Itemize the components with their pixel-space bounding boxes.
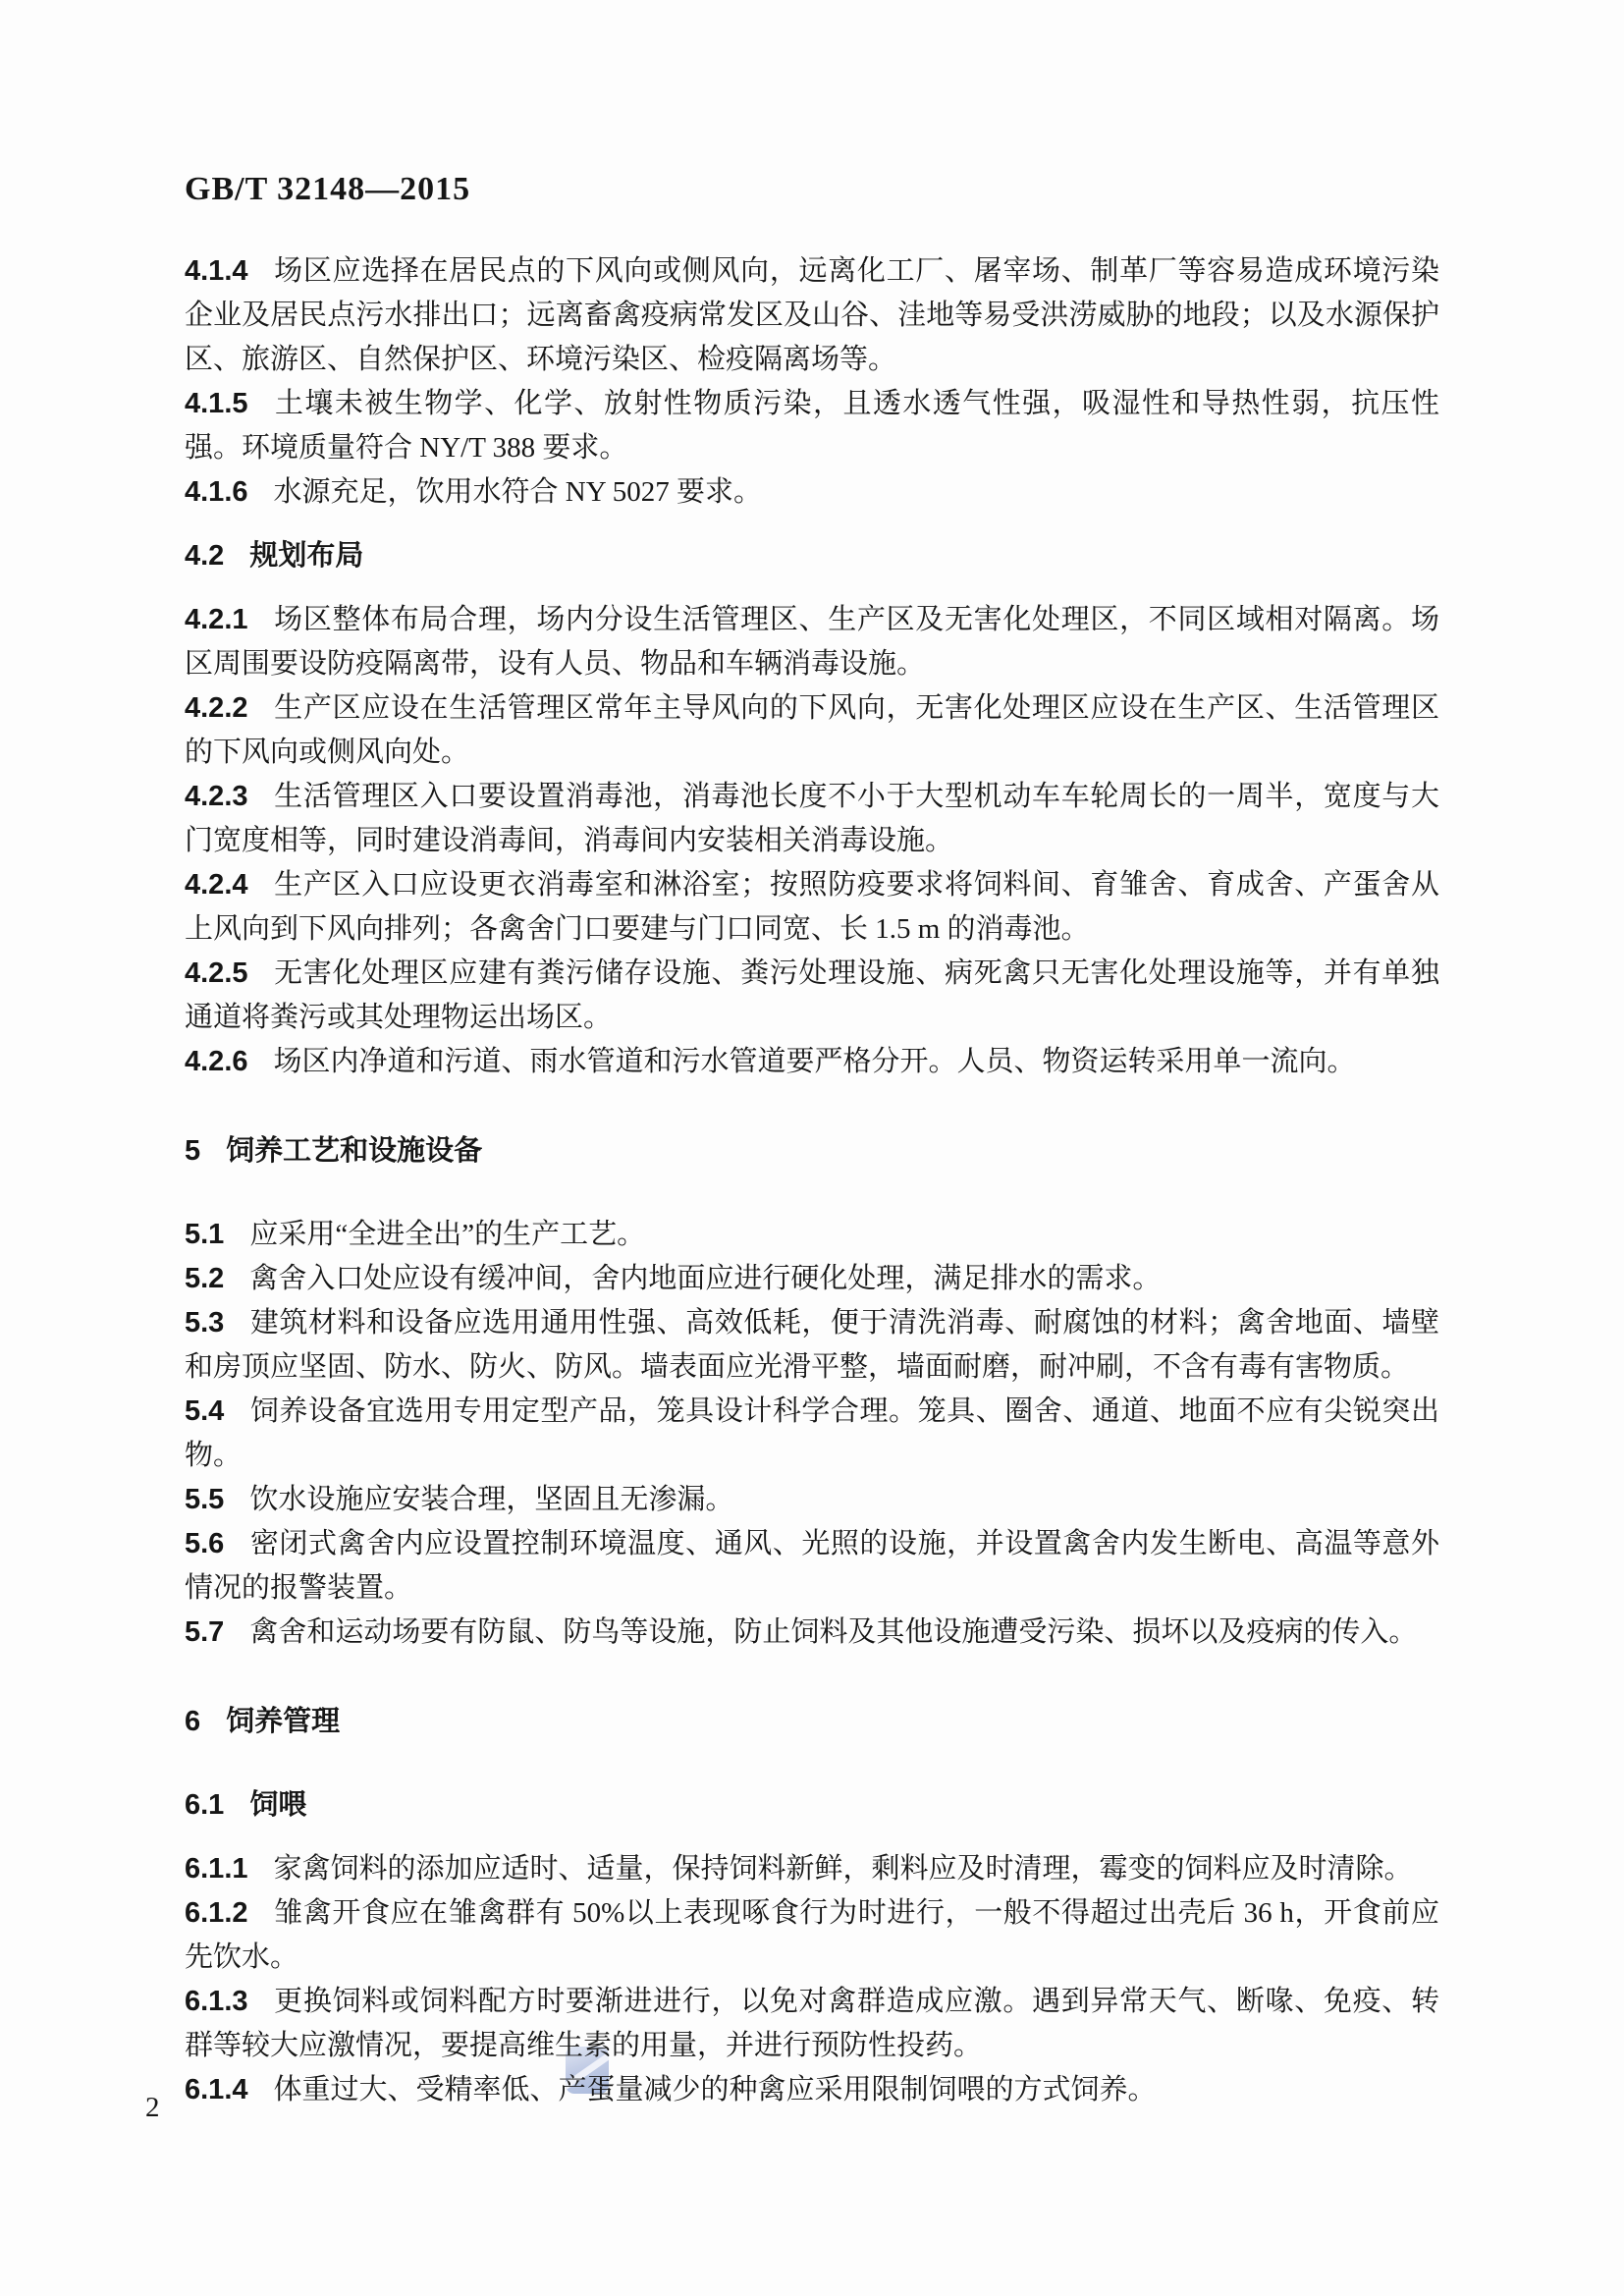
clause-4.2.1: 4.2.1场区整体布局合理，场内分设生活管理区、生产区及无害化处理区，不同区域相… [185, 598, 1439, 686]
clause-text: 更换饲料或饲料配方时要渐进进行，以免对禽群造成应激。遇到异常天气、断喙、免疫、转… [185, 1986, 1439, 2061]
heading-4.2: 4.2规划布局 [185, 534, 1439, 578]
clause-text: 建筑材料和设备应选用通用性强、高效低耗，便于清洗消毒、耐腐蚀的材料；禽舍地面、墙… [185, 1307, 1439, 1383]
clause-text: 规划布局 [249, 540, 363, 572]
clause-number: 4.2.4 [185, 869, 248, 901]
clause-text: 生产区入口应设更衣消毒室和淋浴室；按照防疫要求将饲料间、育雏舍、育成舍、产蛋舍从… [185, 869, 1439, 945]
page-number: 2 [145, 2086, 160, 2130]
clause-number: 4.2.2 [185, 692, 248, 724]
clause-number: 6.1 [185, 1789, 224, 1821]
clause-number: 4.1.5 [185, 388, 248, 419]
heading-5: 5饲养工艺和设施设备 [185, 1129, 1439, 1174]
clause-5.7: 5.7禽舍和运动场要有防鼠、防鸟等设施，防止饲料及其他设施遭受污染、损坏以及疫病… [185, 1611, 1439, 1655]
clause-text: 无害化处理区应建有粪污储存设施、粪污处理设施、病死禽只无害化处理设施等，并有单独… [185, 957, 1439, 1033]
clause-4.1.4: 4.1.4场区应选择在居民点的下风向或侧风向，远离化工厂、屠宰场、制革厂等容易造… [185, 249, 1439, 382]
clause-5.1: 5.1应采用“全进全出”的生产工艺。 [185, 1213, 1439, 1257]
clause-number: 4.2.1 [185, 604, 248, 635]
clause-number: 4.2.6 [185, 1046, 248, 1077]
clause-number: 4.2.5 [185, 957, 248, 989]
clause-5.2: 5.2禽舍入口处应设有缓冲间，舍内地面应进行硬化处理，满足排水的需求。 [185, 1257, 1439, 1301]
clause-5.4: 5.4饲养设备宜选用专用定型产品，笼具设计科学合理。笼具、圈舍、通道、地面不应有… [185, 1390, 1439, 1478]
clause-4.2.3: 4.2.3生活管理区入口要设置消毒池，消毒池长度不小于大型机动车车轮周长的一周半… [185, 775, 1439, 863]
clause-4.1.6: 4.1.6水源充足，饮用水符合 NY 5027 要求。 [185, 470, 1439, 515]
clause-number: 6.1.3 [185, 1986, 248, 2017]
clause-text: 应采用“全进全出”的生产工艺。 [249, 1219, 645, 1250]
clause-number: 5.4 [185, 1395, 224, 1427]
document-page: GB/T 32148—2015 4.1.4场区应选择在居民点的下风向或侧风向，远… [0, 0, 1624, 2296]
clause-4.2.2: 4.2.2生产区应设在生活管理区常年主导风向的下风向，无害化处理区应设在生产区、… [185, 686, 1439, 775]
clause-number: 4.2 [185, 540, 224, 572]
clause-6.1.4: 6.1.4体重过大、受精率低、产蛋量减少的种禽应采用限制饲喂的方式饲养。 [185, 2068, 1439, 2112]
clause-text: 生活管理区入口要设置消毒池，消毒池长度不小于大型机动车车轮周长的一周半，宽度与大… [185, 781, 1439, 856]
clause-text: 禽舍入口处应设有缓冲间，舍内地面应进行硬化处理，满足排水的需求。 [249, 1263, 1161, 1294]
document-content: GB/T 32148—2015 4.1.4场区应选择在居民点的下风向或侧风向，远… [0, 0, 1624, 2112]
clause-number: 5.6 [185, 1528, 224, 1559]
clause-number: 6.1.4 [185, 2074, 248, 2105]
clause-4.2.5: 4.2.5无害化处理区应建有粪污储存设施、粪污处理设施、病死禽只无害化处理设施等… [185, 952, 1439, 1040]
clause-text: 禽舍和运动场要有防鼠、防鸟等设施，防止饲料及其他设施遭受污染、损坏以及疫病的传入… [249, 1616, 1417, 1648]
clause-number: 5.1 [185, 1219, 224, 1250]
clause-5.6: 5.6密闭式禽舍内应设置控制环境温度、通风、光照的设施，并设置禽舍内发生断电、高… [185, 1522, 1439, 1611]
clause-text: 饲养管理 [226, 1706, 340, 1737]
clause-text: 场区应选择在居民点的下风向或侧风向，远离化工厂、屠宰场、制革厂等容易造成环境污染… [185, 255, 1439, 375]
clause-number: 5.2 [185, 1263, 224, 1294]
clause-6.1.2: 6.1.2雏禽开食应在雏禽群有 50%以上表现啄食行为时进行，一般不得超过出壳后… [185, 1891, 1439, 1980]
clause-number: 6.1.2 [185, 1897, 248, 1929]
clause-text: 水源充足，饮用水符合 NY 5027 要求。 [274, 476, 763, 508]
clause-6.1.3: 6.1.3更换饲料或饲料配方时要渐进进行，以免对禽群造成应激。遇到异常天气、断喙… [185, 1980, 1439, 2068]
clause-number: 5 [185, 1135, 200, 1167]
clause-text: 饲养工艺和设施设备 [226, 1135, 482, 1167]
running-header: GB/T 32148—2015 [185, 167, 1439, 212]
clause-text: 场区整体布局合理，场内分设生活管理区、生产区及无害化处理区，不同区域相对隔离。场… [185, 604, 1439, 680]
clause-text: 体重过大、受精率低、产蛋量减少的种禽应采用限制饲喂的方式饲养。 [274, 2074, 1157, 2105]
clause-4.1.5: 4.1.5土壤未被生物学、化学、放射性物质污染，且透水透气性强，吸湿性和导热性弱… [185, 382, 1439, 470]
clause-5.5: 5.5饮水设施应安装合理，坚固且无渗漏。 [185, 1478, 1439, 1522]
clause-number: 5.3 [185, 1307, 224, 1339]
clause-text: 饲养设备宜选用专用定型产品，笼具设计科学合理。笼具、圈舍、通道、地面不应有尖锐突… [185, 1395, 1439, 1471]
clause-text: 雏禽开食应在雏禽群有 50%以上表现啄食行为时进行，一般不得超过出壳后 36 h… [185, 1897, 1439, 1973]
clause-text: 土壤未被生物学、化学、放射性物质污染，且透水透气性强，吸湿性和导热性弱，抗压性强… [185, 388, 1439, 464]
clause-number: 6 [185, 1706, 200, 1737]
clause-text: 饮水设施应安装合理，坚固且无渗漏。 [249, 1484, 733, 1515]
clause-number: 4.1.4 [185, 255, 248, 287]
clauses-container: 4.1.4场区应选择在居民点的下风向或侧风向，远离化工厂、屠宰场、制革厂等容易造… [185, 249, 1439, 2112]
clause-text: 饲喂 [249, 1789, 306, 1821]
clause-6.1.1: 6.1.1家禽饲料的添加应适时、适量，保持饲料新鲜，剩料应及时清理，霉变的饲料应… [185, 1847, 1439, 1891]
clause-5.3: 5.3建筑材料和设备应选用通用性强、高效低耗，便于清洗消毒、耐腐蚀的材料；禽舍地… [185, 1301, 1439, 1390]
clause-text: 密闭式禽舍内应设置控制环境温度、通风、光照的设施，并设置禽舍内发生断电、高温等意… [185, 1528, 1439, 1604]
clause-text: 生产区应设在生活管理区常年主导风向的下风向，无害化处理区应设在生产区、生活管理区… [185, 692, 1439, 768]
clause-number: 4.2.3 [185, 781, 248, 812]
heading-6: 6饲养管理 [185, 1700, 1439, 1744]
clause-4.2.4: 4.2.4生产区入口应设更衣消毒室和淋浴室；按照防疫要求将饲料间、育雏舍、育成舍… [185, 863, 1439, 952]
clause-number: 6.1.1 [185, 1853, 248, 1885]
clause-text: 家禽饲料的添加应适时、适量，保持饲料新鲜，剩料应及时清理，霉变的饲料应及时清除。 [274, 1853, 1413, 1885]
heading-6.1: 6.1饲喂 [185, 1783, 1439, 1828]
clause-number: 5.7 [185, 1616, 224, 1648]
clause-number: 4.1.6 [185, 476, 248, 508]
clause-text: 场区内净道和污道、雨水管道和污水管道要严格分开。人员、物资运转采用单一流向。 [274, 1046, 1356, 1077]
clause-4.2.6: 4.2.6场区内净道和污道、雨水管道和污水管道要严格分开。人员、物资运转采用单一… [185, 1040, 1439, 1084]
clause-number: 5.5 [185, 1484, 224, 1515]
